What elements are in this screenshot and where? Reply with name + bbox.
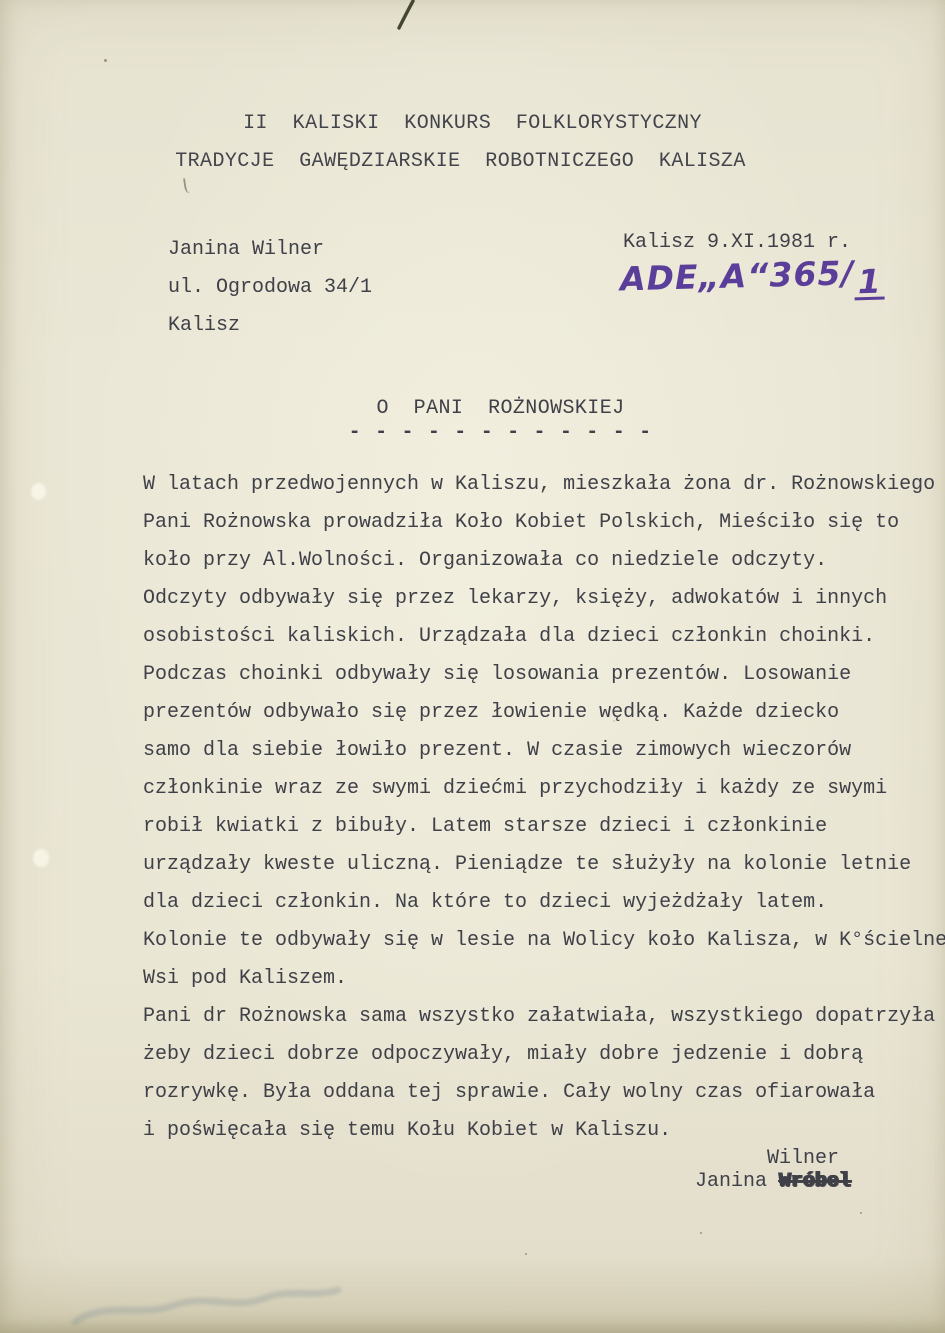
signature-first-name: Janina [695, 1170, 779, 1193]
body-line: Odczyty odbywały się przez lekarzy, księ… [143, 587, 943, 625]
dust-speck [786, 555, 788, 557]
dust-speck [525, 1253, 527, 1255]
document-title: II KALISKI KONKURS FOLKLORYSTYCZNY TRADY… [0, 105, 945, 181]
heading-text: O PANI ROŻNOWSKIEJ [28, 396, 945, 422]
body-line: Pani dr Rożnowska sama wszystko załatwia… [143, 1005, 943, 1043]
body-line: osobistości kaliskich. Urządzała dla dzi… [143, 625, 943, 663]
body-line: koło przy Al.Wolności. Organizowała co n… [143, 549, 943, 587]
handwritten-archive-annotation: ADE„A“365/1 [620, 253, 885, 300]
heading-dashed-underline: - - - - - - - - - - - - [28, 422, 945, 444]
scanned-typewritten-letter: II KALISKI KONKURS FOLKLORYSTYCZNY TRADY… [0, 0, 945, 1333]
title-line-2: TRADYCJE GAWĘDZIARSKIE ROBOTNICZEGO KALI… [0, 143, 933, 181]
annotation-suffix-underlined: 1 [854, 266, 885, 301]
dust-speck [613, 720, 615, 722]
signature-full-name: Janina Wróbel [695, 1170, 851, 1193]
letter-body: W latach przedwojennych w Kaliszu, miesz… [143, 473, 943, 1157]
body-line: rozrywkę. Była oddana tej sprawie. Cały … [143, 1081, 943, 1119]
body-line: Podczas choinki odbywały się losowania p… [143, 663, 943, 701]
section-heading: O PANI ROŻNOWSKIEJ - - - - - - - - - - -… [28, 396, 945, 444]
body-line: Kolonie te odbywały się w lesie na Wolic… [143, 929, 943, 967]
body-line: samo dla siebie łowiło prezent. W czasie… [143, 739, 943, 777]
dust-speck [700, 1232, 702, 1234]
body-line: żeby dzieci dobrze odpoczywały, miały do… [143, 1043, 943, 1081]
body-line: dla dzieci członkin. Na które to dzieci … [143, 891, 943, 929]
sender-street: ul. Ogrodowa 34/1 [168, 269, 372, 307]
paper-damage-spot [31, 483, 46, 500]
title-line-1: II KALISKI KONKURS FOLKLORYSTYCZNY [0, 105, 945, 143]
body-line: urządzały kweste uliczną. Pieniądze te s… [143, 853, 943, 891]
body-line: W latach przedwojennych w Kaliszu, miesz… [143, 473, 943, 511]
body-line: członkinie wraz ze swymi dziećmi przycho… [143, 777, 943, 815]
body-line: prezentów odbywało się przez łowienie wę… [143, 701, 943, 739]
annotation-text: ADE„A“365/ [620, 253, 855, 298]
signature-surname: Wilner [695, 1147, 851, 1170]
body-line: Wsi pod Kaliszem. [143, 967, 943, 1005]
pen-slash-mark [0, 0, 945, 40]
dust-speck [860, 1212, 862, 1214]
sender-city: Kalisz [168, 307, 372, 345]
signature-struck-surname: Wróbel [779, 1170, 851, 1193]
sender-address: Janina Wilner ul. Ogrodowa 34/1 Kalisz [168, 231, 372, 345]
paper-damage-spot [33, 849, 49, 867]
signature-block: Wilner Janina Wróbel [695, 1147, 851, 1193]
body-line: Pani Rożnowska prowadziła Koło Kobiet Po… [143, 511, 943, 549]
dateline: Kalisz 9.XI.1981 r. [623, 231, 851, 254]
sender-name: Janina Wilner [168, 231, 372, 269]
body-line: robił kwiatki z bibuły. Latem starsze dz… [143, 815, 943, 853]
dust-speck [104, 59, 107, 62]
